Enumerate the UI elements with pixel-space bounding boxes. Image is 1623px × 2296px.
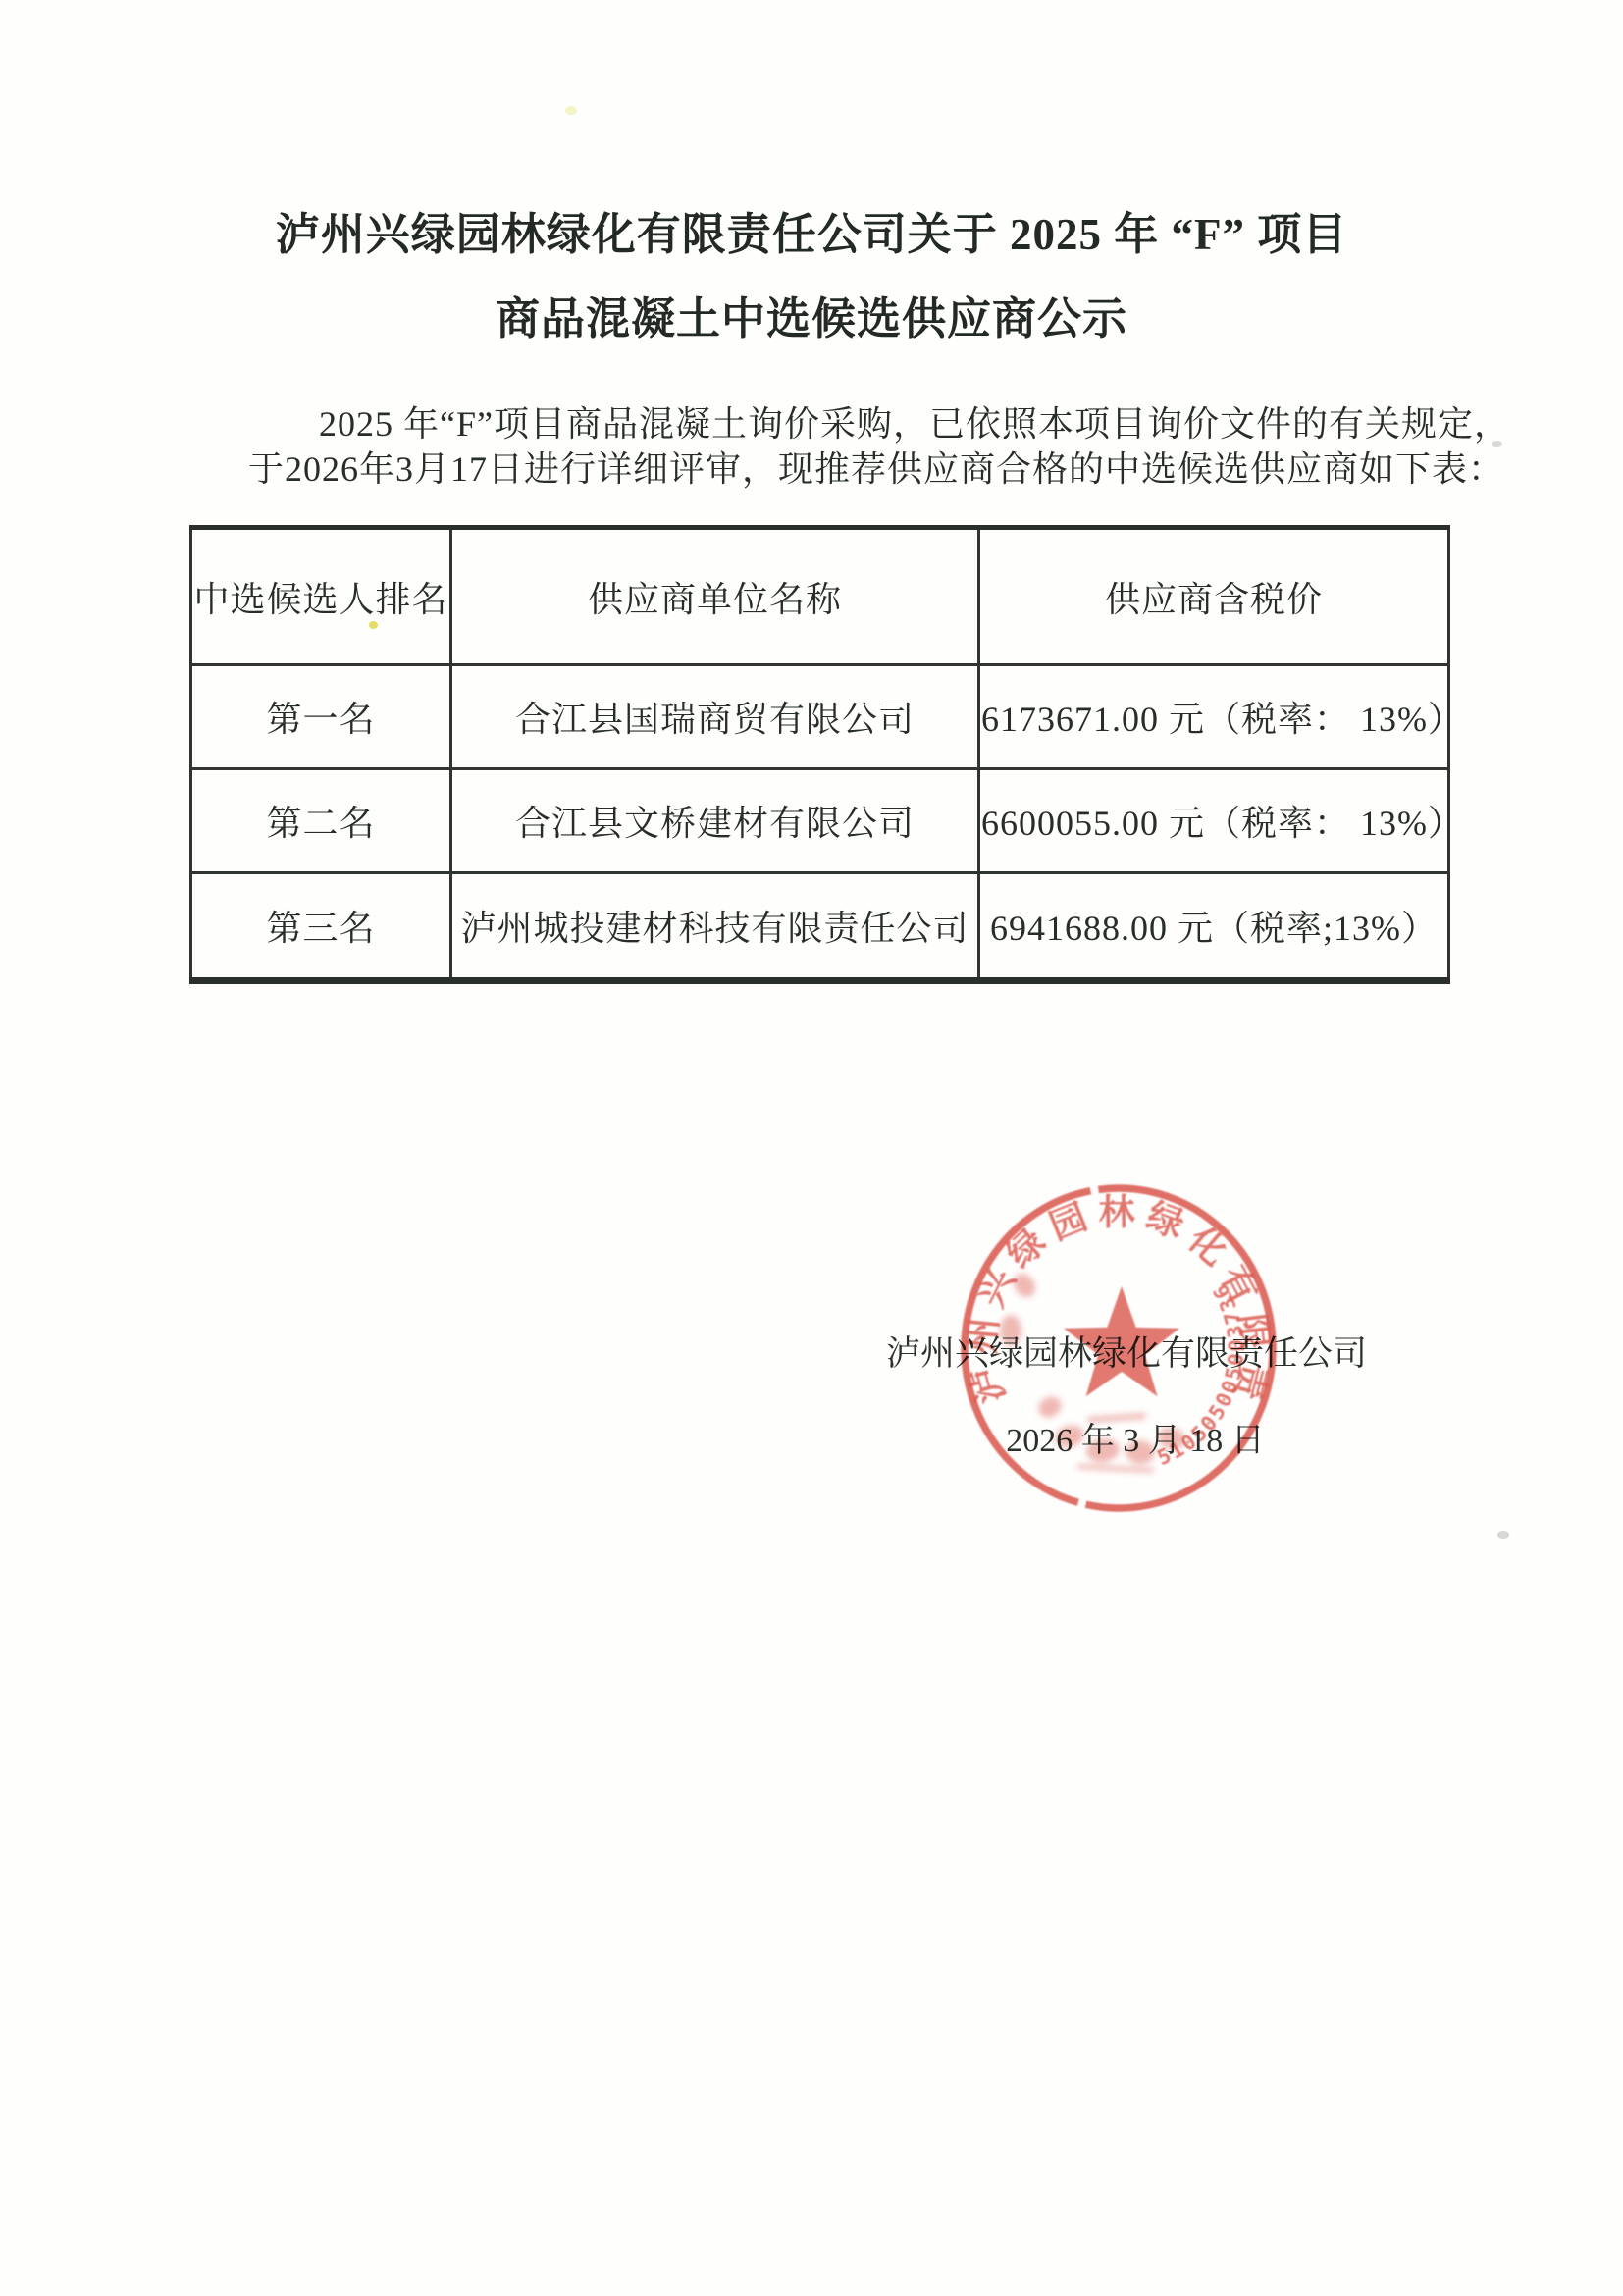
title-line-1: 泸州兴绿园林绿化有限责任公司关于 2025 年 “F” 项目 — [0, 192, 1623, 277]
price-cell: 6600055.00 元（税率： 13%） — [979, 769, 1449, 873]
price-cell: 6941688.00 元（税率;13%） — [979, 873, 1449, 981]
rank-cell: 第二名 — [191, 769, 451, 873]
rank-cell: 第一名 — [191, 665, 451, 769]
company-seal: 泸州兴绿园林绿化有限责任公司 510505005003736 — [960, 1183, 1280, 1517]
rank-cell: 第三名 — [191, 873, 451, 981]
intro-line-2: 于2026年3月17日进行详细评审，现推荐供应商合格的中选候选供应商如下表： — [248, 446, 1510, 492]
supplier-table-wrap: 中选候选人排名 供应商单位名称 供应商含税价 第一名 合江县国瑞商贸有限公司 6… — [189, 525, 1450, 984]
supplier-cell: 合江县国瑞商贸有限公司 — [451, 665, 979, 769]
supplier-cell: 合江县文桥建材有限公司 — [451, 769, 979, 873]
header-price-cell: 供应商含税价 — [979, 528, 1449, 665]
supplier-cell: 泸州城投建材科技有限责任公司 — [451, 873, 979, 981]
header-supplier-cell: 供应商单位名称 — [451, 528, 979, 665]
header-rank-cell: 中选候选人排名 — [191, 528, 451, 665]
table-row-3: 第三名 泸州城投建材科技有限责任公司 6941688.00 元（税率;13%） — [191, 873, 1449, 981]
intro-line-1: 2025 年“F”项目商品混凝土询价采购，已依照本项目询价文件的有关规定， — [248, 401, 1510, 446]
scan-speck — [565, 106, 577, 115]
scan-speck — [1497, 1531, 1509, 1539]
supplier-table: 中选候选人排名 供应商单位名称 供应商含税价 第一名 合江县国瑞商贸有限公司 6… — [189, 525, 1450, 984]
intro-paragraph: 2025 年“F”项目商品混凝土询价采购，已依照本项目询价文件的有关规定， 于2… — [248, 401, 1510, 492]
title-line-2: 商品混凝土中选候选供应商公示 — [0, 277, 1623, 361]
price-cell: 6173671.00 元（税率： 13%） — [979, 665, 1449, 769]
table-row-1: 第一名 合江县国瑞商贸有限公司 6173671.00 元（税率： 13%） — [191, 665, 1449, 769]
table-row-2: 第二名 合江县文桥建材有限公司 6600055.00 元（税率： 13%） — [191, 769, 1449, 873]
table-header-row: 中选候选人排名 供应商单位名称 供应商含税价 — [191, 528, 1449, 665]
document-page: 泸州兴绿园林绿化有限责任公司关于 2025 年 “F” 项目 商品混凝土中选候选… — [0, 0, 1623, 2296]
document-title: 泸州兴绿园林绿化有限责任公司关于 2025 年 “F” 项目 商品混凝土中选候选… — [0, 192, 1623, 361]
seal-star-icon — [1064, 1286, 1179, 1396]
